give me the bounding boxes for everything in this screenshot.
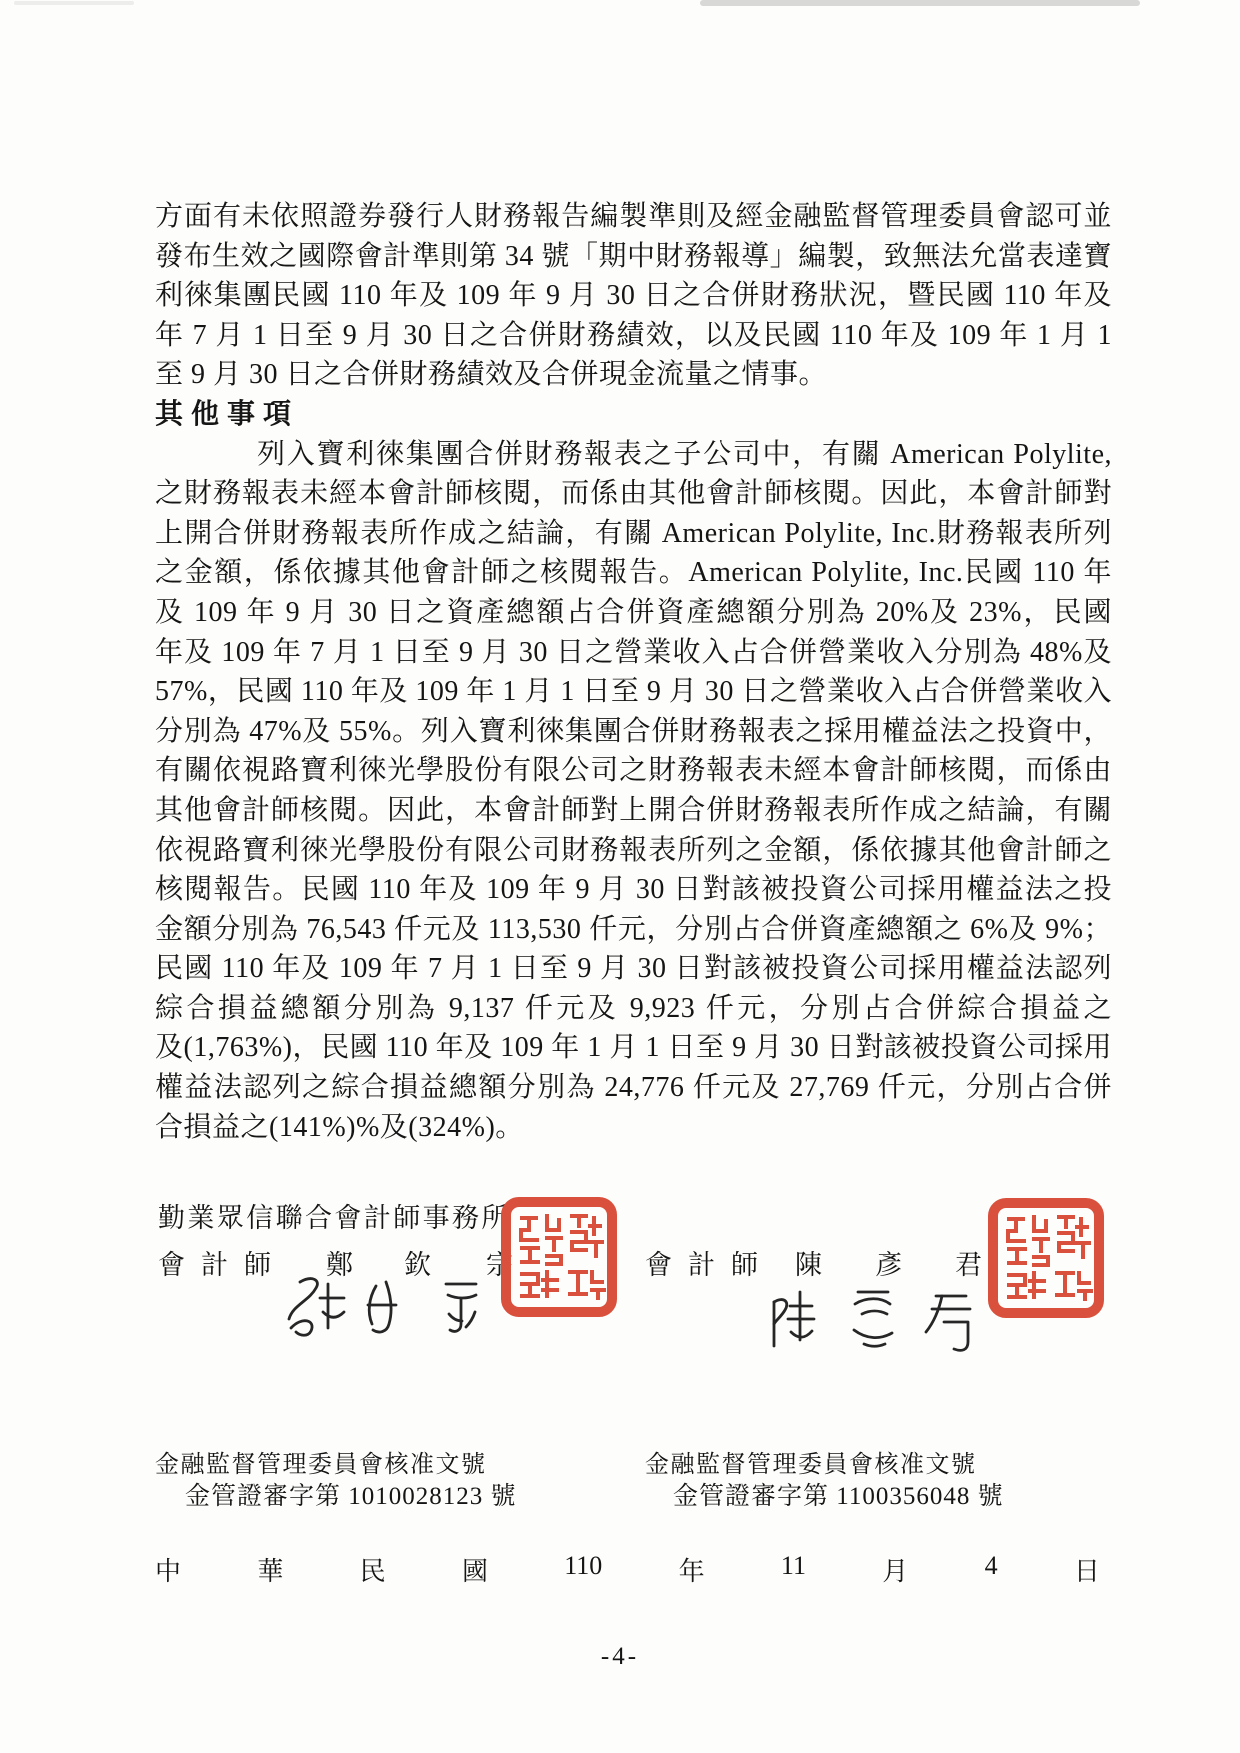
body-line: 依視路寶利徠光學股份有限公司財務報表所列之金額，係依據其他會計師之 <box>155 831 1112 871</box>
fsc-approval-left-number: 金管證審字第 1010028123 號 <box>185 1476 517 1512</box>
body-line: 發布生效之國際會計準則第 34 號「期中財務報導」編製，致無法允當表達寶 <box>155 237 1112 277</box>
body-line: 綜合損益總額分別為 9,137 仟元及 9,923 仟元，分別占合併綜合損益之(… <box>155 989 1112 1029</box>
body-line: 權益法認列之綜合損益總額分別為 24,776 仟元及 27,769 仟元，分別占… <box>155 1068 1112 1108</box>
date-char: 日 <box>1074 1551 1100 1588</box>
date-char: 年 <box>679 1551 705 1588</box>
cpa-title-label: 會計師 <box>645 1250 774 1280</box>
page-number: -4- <box>0 1643 1240 1671</box>
body-line: 及(1,763%)，民國 110 年及 109 年 1 月 1 日至 9 月 3… <box>155 1028 1112 1068</box>
handwritten-signature-left <box>278 1272 494 1342</box>
date-day: 4 <box>985 1551 998 1588</box>
section-heading-other-matters: 其他事項 <box>155 395 1112 435</box>
cpa-right-name-char: 彥 <box>875 1243 902 1282</box>
cpa-right-name-char: 君 <box>955 1243 982 1282</box>
body-line: 民國 110 年及 109 年 7 月 1 日至 9 月 30 日對該被投資公司… <box>155 949 1112 989</box>
body-line: 方面有未依照證券發行人財務報告編製準則及經金融監督管理委員會認可並 <box>155 197 1112 237</box>
fsc-approval-right-line1: 金融監督管理委員會核准文號 <box>645 1444 977 1479</box>
date-year: 110 <box>564 1551 602 1588</box>
cpa-seal-right <box>986 1197 1106 1319</box>
body-line: 分別為 47%及 55%。列入寶利徠集團合併財務報表之採用權益法之投資中， <box>155 712 1112 752</box>
scan-smudge-top-left <box>14 1 134 5</box>
scanned-report-page: 方面有未依照證券發行人財務報告編製準則及經金融監督管理委員會認可並 發布生效之國… <box>0 0 1240 1753</box>
date-char: 月 <box>882 1551 908 1588</box>
scan-smudge-top <box>700 0 1140 6</box>
body-line: 之財務報表未經本會計師核閱，而係由其他會計師核閱。因此，本會計師對 <box>155 474 1112 514</box>
body-line: 上開合併財務報表所作成之結論，有關 American Polylite, Inc… <box>155 514 1112 554</box>
body-line: 其他會計師核閱。因此，本會計師對上開合併財務報表所作成之結論，有關 <box>155 791 1112 831</box>
body-line: 金額分別為 76,543 仟元及 113,530 仟元，分別占合併資產總額之 6… <box>155 910 1112 950</box>
body-line: 列入寶利徠集團合併財務報表之子公司中，有關 American Polylite,… <box>155 435 1112 475</box>
body-line: 之金額，係依據其他會計師之核閱報告。American Polylite, Inc… <box>155 553 1112 593</box>
body-line: 利徠集團民國 110 年及 109 年 9 月 30 日之合併財務狀況，暨民國 … <box>155 276 1112 316</box>
body-line: 及 109 年 9 月 30 日之資產總額占合併資產總額分別為 20%及 23%… <box>155 593 1112 633</box>
body-line: 年及 109 年 7 月 1 日至 9 月 30 日之營業收入占合併營業收入分別… <box>155 633 1112 673</box>
cpa-title-right: 會計師 <box>645 1243 774 1282</box>
body-line: 57%，民國 110 年及 109 年 1 月 1 日至 9 月 30 日之營業… <box>155 672 1112 712</box>
date-char: 國 <box>462 1551 488 1588</box>
body-line: 年 7 月 1 日至 9 月 30 日之合併財務績效，以及民國 110 年及 1… <box>155 316 1112 356</box>
cpa-title-left: 會計師 <box>158 1243 287 1282</box>
body-line: 合損益之(141%)%及(324%)。 <box>155 1108 1112 1148</box>
accounting-firm-name: 勤業眾信聯合會計師事務所 <box>158 1196 511 1235</box>
body-line: 有關依視路寶利徠光學股份有限公司之財務報表未經本會計師核閱，而係由 <box>155 751 1112 791</box>
cpa-title-label: 會計師 <box>158 1250 287 1280</box>
date-char: 中 <box>155 1551 181 1588</box>
cpa-seal-left <box>500 1196 618 1318</box>
body-line: 核閱報告。民國 110 年及 109 年 9 月 30 日對該被投資公司採用權益… <box>155 870 1112 910</box>
roc-date-line: 中 華 民 國 110 年 11 月 4 日 <box>155 1551 1100 1588</box>
date-char: 民 <box>360 1551 386 1588</box>
handwritten-signature-right <box>760 1282 988 1358</box>
body-line: 至 9 月 30 日之合併財務績效及合併現金流量之情事。 <box>155 355 1112 395</box>
fsc-approval-left-line1: 金融監督管理委員會核准文號 <box>155 1444 487 1479</box>
date-char: 華 <box>257 1551 283 1588</box>
date-month: 11 <box>781 1551 806 1588</box>
cpa-right-name-char: 陳 <box>795 1243 822 1282</box>
report-body: 方面有未依照證券發行人財務報告編製準則及經金融監督管理委員會認可並 發布生效之國… <box>155 197 1112 1147</box>
fsc-approval-right-number: 金管證審字第 1100356048 號 <box>673 1476 1004 1512</box>
